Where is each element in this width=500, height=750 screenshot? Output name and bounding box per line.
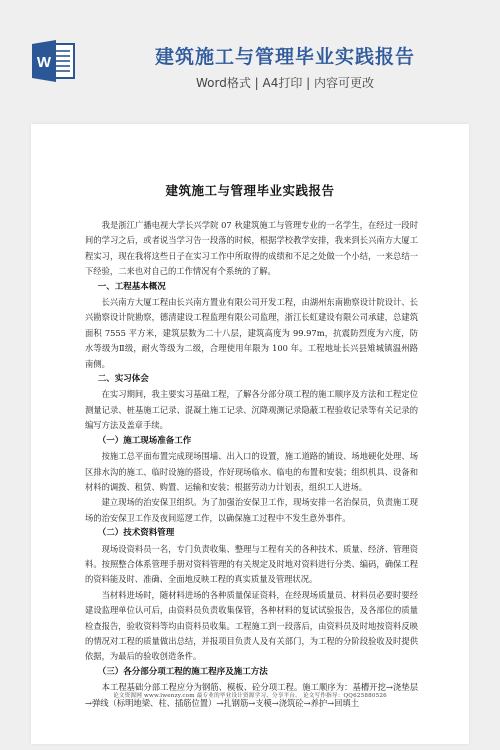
document-page: 建筑施工与管理毕业实践报告 我是浙江广播电视大学长兴学院 07 秋建筑施工与管理… (31, 124, 469, 744)
header-banner: W 建筑施工与管理毕业实践报告 Word格式 | A4打印 | 内容可更改 (0, 0, 500, 110)
paragraph: 现场设资料员一名，专门负责收集、整理与工程有关的各种技术、质量、经济、管理资料。… (85, 542, 418, 588)
page-footer: 论文资源网 www.lwenzy.com 最专业的毕业设计资源学习、分享平台。 … (31, 691, 469, 699)
paragraph: 长兴南方大厦工程由长兴南方置业有限公司开发工程，由湖州东南勘察设计院设计、长兴勘… (85, 295, 418, 372)
subsection-heading: （一）施工现场准备工作 (85, 434, 418, 449)
paragraph: 当材料进场时，随材料进场的各种质量保证资料，在经现场质量员、材料员必要时要经建设… (85, 588, 418, 665)
section-heading: 二、实习体会 (85, 372, 418, 387)
document-title: 建筑施工与管理毕业实践报告 (31, 181, 469, 199)
intro-paragraph: 我是浙江广播电视大学长兴学院 07 秋建筑施工与管理专业的一名学生，在经过一段时… (85, 218, 418, 280)
paragraph: 按施工总平面布置完成现场围墙、出入口的设置，施工道路的铺设、场地硬化处理、场区排… (85, 449, 418, 495)
header-title: 建筑施工与管理毕业实践报告 (140, 42, 430, 69)
header-subtitle: Word格式 | A4打印 | 内容可更改 (140, 74, 430, 91)
subsection-heading: （二）技术资料管理 (85, 526, 418, 541)
word-icon: W (32, 40, 76, 82)
subsection-heading: （三）各分部分项工程的施工程序及施工方法 (85, 665, 418, 680)
paragraph: 建立现场的治安保卫组织。为了加强治安保卫工作，现场安排一名治保员，负责施工现场的… (85, 495, 418, 526)
section-heading: 一、工程基本概况 (85, 280, 418, 295)
document-body: 我是浙江广播电视大学长兴学院 07 秋建筑施工与管理专业的一名学生，在经过一段时… (85, 218, 418, 711)
svg-text:W: W (37, 54, 52, 71)
paragraph: 在实习期间，我主要实习基础工程，了解各分部分项工程的施工顺序及方法和工程定位测量… (85, 387, 418, 433)
